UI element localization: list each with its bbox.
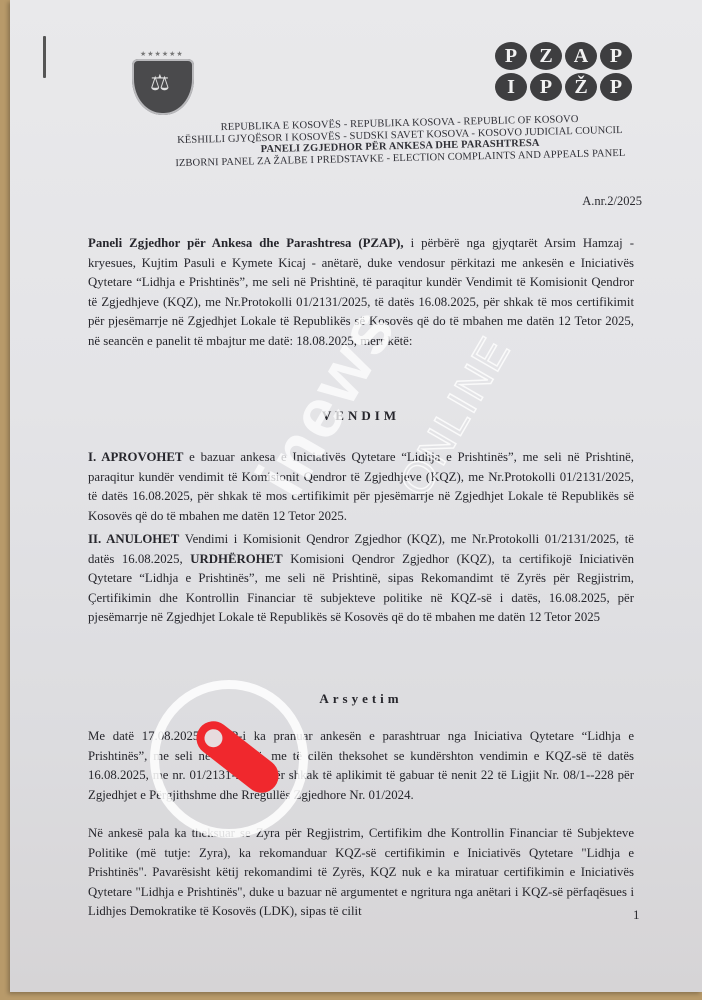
letterhead: REPUBLIKA E KOSOVËS - REPUBLIKA KOSOVA -…	[160, 113, 641, 170]
reasoning-paragraph-2-text: Në ankesë pala ka theksuar se Zyra për R…	[88, 824, 634, 922]
decision-item-1: I. APROVOHET e bazuar ankesa e Iniciativ…	[88, 448, 634, 526]
item1-lead: I. APROVOHET	[88, 450, 183, 464]
logo-letter-disc: Ž	[565, 73, 597, 101]
logo-letter-disc: P	[600, 73, 632, 101]
item2-bold-mid: URDHËROHET	[190, 552, 282, 566]
logo-letter-disc: A	[565, 42, 597, 70]
logo-letter-disc: Z	[530, 42, 562, 70]
logo-letter-disc: P	[530, 73, 562, 101]
logo-letter-disc: P	[600, 42, 632, 70]
intro-bold-lead: Paneli Zgjedhor për Ankesa dhe Parashtre…	[88, 236, 404, 250]
staple	[43, 36, 46, 78]
scales-of-justice-icon: ⚖	[150, 70, 170, 96]
logo-letter-disc: I	[495, 73, 527, 101]
logo-letter-disc: P	[495, 42, 527, 70]
item2-lead: II. ANULOHET	[88, 532, 179, 546]
decision-item-2: II. ANULOHET Vendimi i Komisionit Qendro…	[88, 530, 634, 628]
page-number: 1	[633, 907, 640, 923]
reasoning-paragraph-2: Në ankesë pala ka theksuar se Zyra për R…	[88, 824, 634, 922]
pzap-logo: PZAP IPŽP	[495, 42, 635, 104]
reference-number: A.nr.2/2025	[582, 194, 642, 209]
judicial-council-crest-icon: ★★★★★★ ⚖	[128, 50, 198, 116]
stars-icon: ★★★★★★	[140, 50, 184, 58]
